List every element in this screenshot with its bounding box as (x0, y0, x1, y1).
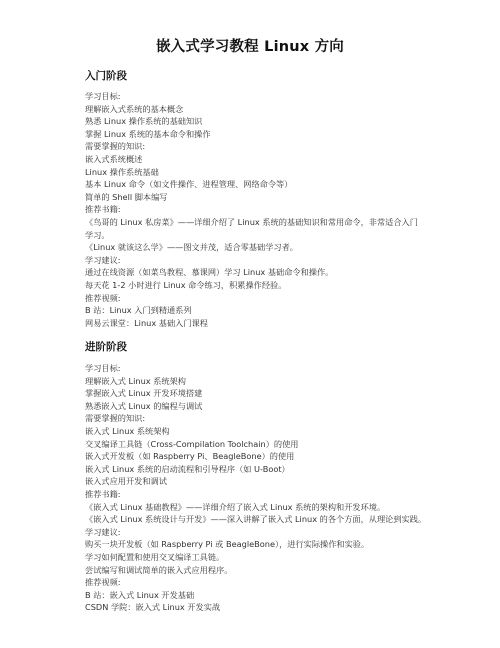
list-item: CSDN 学院：嵌入式 Linux 开发实战 (85, 601, 485, 614)
list-item: 《鸟哥的 Linux 私房菜》——详细介绍了 Linux 系统的基础知识和常用命… (85, 216, 485, 229)
section-intro-body: 学习目标: 理解嵌入式系统的基本概念 熟悉 Linux 操作系统的基础知识 掌握… (85, 90, 485, 329)
list-item: 《嵌入式 Linux 系统设计与开发》——深入讲解了嵌入式 Linux 的各个方… (85, 513, 485, 526)
list-item: 理解嵌入式系统的基本概念 (85, 103, 485, 116)
list-item: 掌握 Linux 系统的基本命令和操作 (85, 128, 485, 141)
list-item: 熟悉 Linux 操作系统的基础知识 (85, 115, 485, 128)
list-item: 需要掌握的知识: (85, 412, 485, 425)
section-heading-intro: 入门阶段 (85, 68, 127, 83)
page-title: 嵌入式学习教程 Linux 方向 (0, 35, 500, 56)
list-item: 学习目标: (85, 362, 485, 375)
list-item: 网易云课堂：Linux 基础入门课程 (85, 317, 485, 330)
list-item: 交叉编译工具链（Cross-Compilation Toolchain）的使用 (85, 438, 485, 451)
list-item: 学习建议: (85, 526, 485, 539)
list-item: 理解嵌入式 Linux 系统架构 (85, 375, 485, 388)
section-heading-advanced: 进阶阶段 (85, 339, 127, 354)
list-item: 嵌入式应用开发和调试 (85, 475, 485, 488)
list-item: 需要掌握的知识: (85, 140, 485, 153)
list-item: 熟悉嵌入式 Linux 的编程与调试 (85, 400, 485, 413)
list-item: 每天花 1-2 小时进行 Linux 命令练习，积累操作经验。 (85, 279, 485, 292)
list-item: 简单的 Shell 脚本编写 (85, 191, 485, 204)
list-item: 掌握嵌入式 Linux 开发环境搭建 (85, 387, 485, 400)
list-item: 《嵌入式 Linux 基础教程》——详细介绍了嵌入式 Linux 系统的架构和开… (85, 501, 485, 514)
list-item: 通过在线资源（如菜鸟教程、慕课网）学习 Linux 基础命令和操作。 (85, 266, 485, 279)
list-item: 推荐视频: (85, 576, 485, 589)
list-item: 学习如何配置和使用交叉编译工具链。 (85, 551, 485, 564)
list-item: 嵌入式 Linux 系统的启动流程和引导程序（如 U-Boot） (85, 463, 485, 476)
list-item: 嵌入式开发板（如 Raspberry Pi、BeagleBone）的使用 (85, 450, 485, 463)
list-item: B 站：嵌入式 Linux 开发基础 (85, 589, 485, 602)
list-item: 嵌入式系统概述 (85, 153, 485, 166)
list-item: 推荐书籍: (85, 203, 485, 216)
section-advanced-body: 学习目标: 理解嵌入式 Linux 系统架构 掌握嵌入式 Linux 开发环境搭… (85, 362, 485, 614)
list-item: 尝试编写和调试简单的嵌入式应用程序。 (85, 564, 485, 577)
list-item: 学习建议: (85, 254, 485, 267)
list-item: 《Linux 就该这么学》——图文并茂，适合零基础学习者。 (85, 241, 485, 254)
list-item: 购买一块开发板（如 Raspberry Pi 或 BeagleBone），进行实… (85, 538, 485, 551)
list-item: B 站：Linux 入门到精通系列 (85, 304, 485, 317)
list-item: 基本 Linux 命令（如文件操作、进程管理、网络命令等） (85, 178, 485, 191)
list-item: 嵌入式 Linux 系统架构 (85, 425, 485, 438)
list-item: Linux 操作系统基础 (85, 166, 485, 179)
list-item: 学习目标: (85, 90, 485, 103)
list-item: 推荐视频: (85, 292, 485, 305)
list-item: 学习。 (85, 229, 485, 242)
list-item: 推荐书籍: (85, 488, 485, 501)
